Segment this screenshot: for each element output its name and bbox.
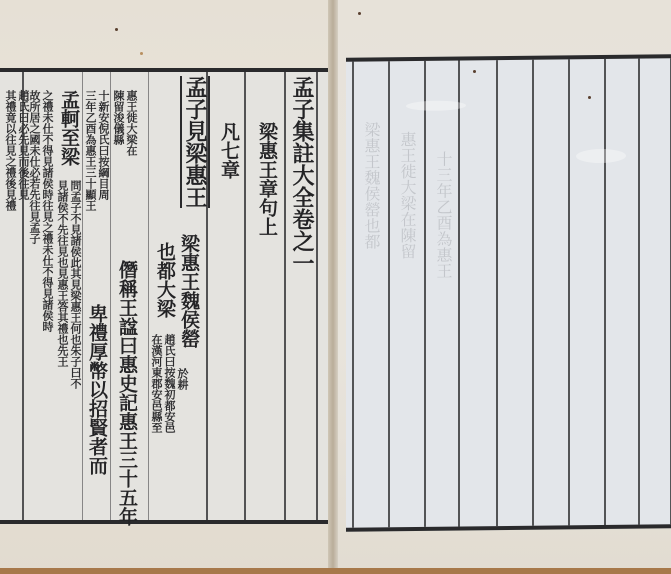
column-rule bbox=[532, 60, 534, 526]
column-rule bbox=[148, 72, 149, 520]
bleed-through-text: 梁惠王魏侯罃也都 bbox=[362, 121, 381, 249]
main-text-col-2: 僭稱王諡曰惠史記惠王三十五年 bbox=[116, 260, 138, 526]
book-gutter bbox=[328, 0, 338, 574]
column-rule bbox=[604, 59, 606, 525]
table-edge bbox=[0, 568, 671, 574]
commentary-text: 陳留浚儀縣 bbox=[112, 90, 124, 156]
paper-speck bbox=[473, 70, 476, 73]
commentary-pair: 惠王徙大梁在 陳留浚儀縣 bbox=[112, 90, 137, 156]
commentary-text: 十新安倪氏曰按綱目周 bbox=[97, 90, 109, 211]
commentary-text: 於耕 bbox=[176, 368, 188, 390]
paper-fiber bbox=[406, 100, 466, 111]
right-printed-frame: 梁惠王魏侯罃也都 惠王徙大梁在陳留 十三年乙酉為惠王 bbox=[346, 54, 671, 531]
paper-fiber bbox=[576, 149, 626, 164]
book-title: 孟子集註大全卷之一 bbox=[290, 76, 314, 274]
column-rule bbox=[496, 60, 498, 526]
left-printed-frame: 孟子集註大全卷之一 梁惠王章句上 凡七章 孟子見梁惠王 梁惠王魏侯罃 於耕 也都… bbox=[0, 68, 330, 524]
commentary-text: 問孟子不見諸侯此其見梁惠王何也朱子曰不 bbox=[69, 180, 81, 389]
commentary-text: 見諸侯不先往見也見惠王答其禮也先王 bbox=[56, 180, 68, 389]
column-rule bbox=[638, 59, 640, 525]
main-text-col-3: 卑禮厚幣以招賢者而 bbox=[86, 304, 108, 475]
column-rule bbox=[110, 72, 111, 520]
chapter-count: 凡七章 bbox=[218, 122, 240, 179]
left-page: 孟子集註大全卷之一 梁惠王章句上 凡七章 孟子見梁惠王 梁惠王魏侯罃 於耕 也都… bbox=[0, 0, 330, 574]
chapter-title: 梁惠王章句上 bbox=[256, 122, 278, 236]
column-rule bbox=[568, 59, 570, 525]
commentary-text: 其禮竟以往見之禮後見禮 bbox=[4, 90, 16, 211]
paper-speck bbox=[588, 96, 591, 99]
main-text-col-1a: 梁惠王魏侯罃 bbox=[178, 234, 200, 348]
commentary-pair: 於耕 bbox=[176, 368, 188, 390]
commentary-pair: 問孟子不見諸侯此其見梁惠王何也朱子曰不 見諸侯不先往見也見惠王答其禮也先王 bbox=[56, 180, 81, 389]
column-rule bbox=[458, 61, 460, 527]
paper-speck bbox=[115, 28, 118, 31]
commentary-pair: 十新安倪氏曰按綱目周 三年乙酉為惠王三十顯王 bbox=[84, 90, 109, 211]
paper-speck bbox=[358, 12, 361, 15]
main-text-col-4: 孟軻至梁 bbox=[58, 90, 80, 166]
column-rule bbox=[244, 72, 246, 520]
commentary-text: 惠王徙大梁在 bbox=[125, 90, 137, 156]
commentary-pair: 趙氏曰按魏初都安邑 在漢河東郡安邑縣至 bbox=[150, 334, 175, 433]
main-text-col-1b: 也都大梁 bbox=[154, 242, 176, 318]
column-rule bbox=[388, 61, 390, 527]
column-rule bbox=[284, 72, 286, 520]
right-page: 梁惠王魏侯罃也都 惠王徙大梁在陳留 十三年乙酉為惠王 bbox=[338, 0, 671, 574]
bleed-through-text: 惠王徙大梁在陳留 bbox=[398, 131, 417, 259]
commentary-text: 趙氏曰必先見而後往見 bbox=[17, 90, 29, 211]
commentary-text: 之禮未仕不得見諸侯時往見之禮未仕不得見諸侯時 bbox=[41, 90, 53, 332]
paper-speck bbox=[140, 52, 143, 55]
column-rule bbox=[316, 72, 318, 520]
bleed-through-text: 十三年乙酉為惠王 bbox=[434, 151, 453, 279]
column-rule bbox=[352, 62, 354, 528]
commentary-pair: 之禮未仕不得見諸侯時往見之禮未仕不得見諸侯時 故所居之國未仕必若先往見孟子 bbox=[28, 90, 53, 332]
commentary-text: 在漢河東郡安邑縣至 bbox=[150, 334, 162, 433]
commentary-text: 三年乙酉為惠王三十顯王 bbox=[84, 90, 96, 211]
column-rule bbox=[82, 72, 83, 520]
commentary-pair: 趙氏曰必先見而後往見 其禮竟以往見之禮後見禮 bbox=[4, 90, 29, 211]
column-rule bbox=[424, 61, 426, 527]
section-heading: 孟子見梁惠王 bbox=[180, 76, 210, 208]
commentary-text: 趙氏曰按魏初都安邑 bbox=[163, 334, 175, 433]
